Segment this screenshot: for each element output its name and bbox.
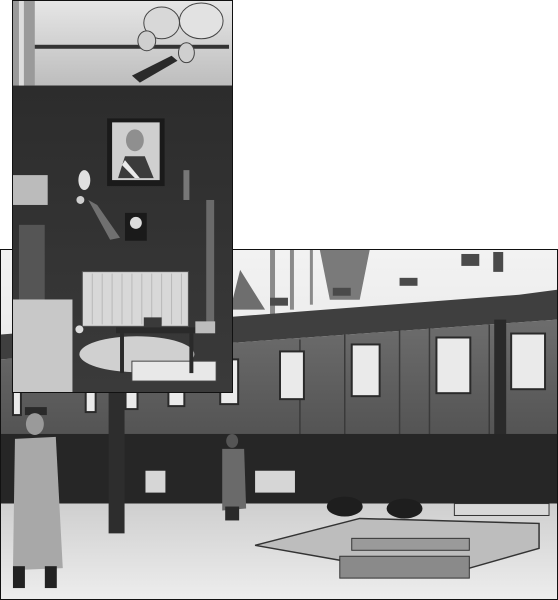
carriage-interior-photo xyxy=(12,0,233,393)
interior-scene xyxy=(13,1,232,392)
wooden-pole xyxy=(109,389,125,533)
mantel-clock xyxy=(125,213,147,241)
undercarriage xyxy=(1,434,557,504)
framed-portrait xyxy=(107,118,164,186)
